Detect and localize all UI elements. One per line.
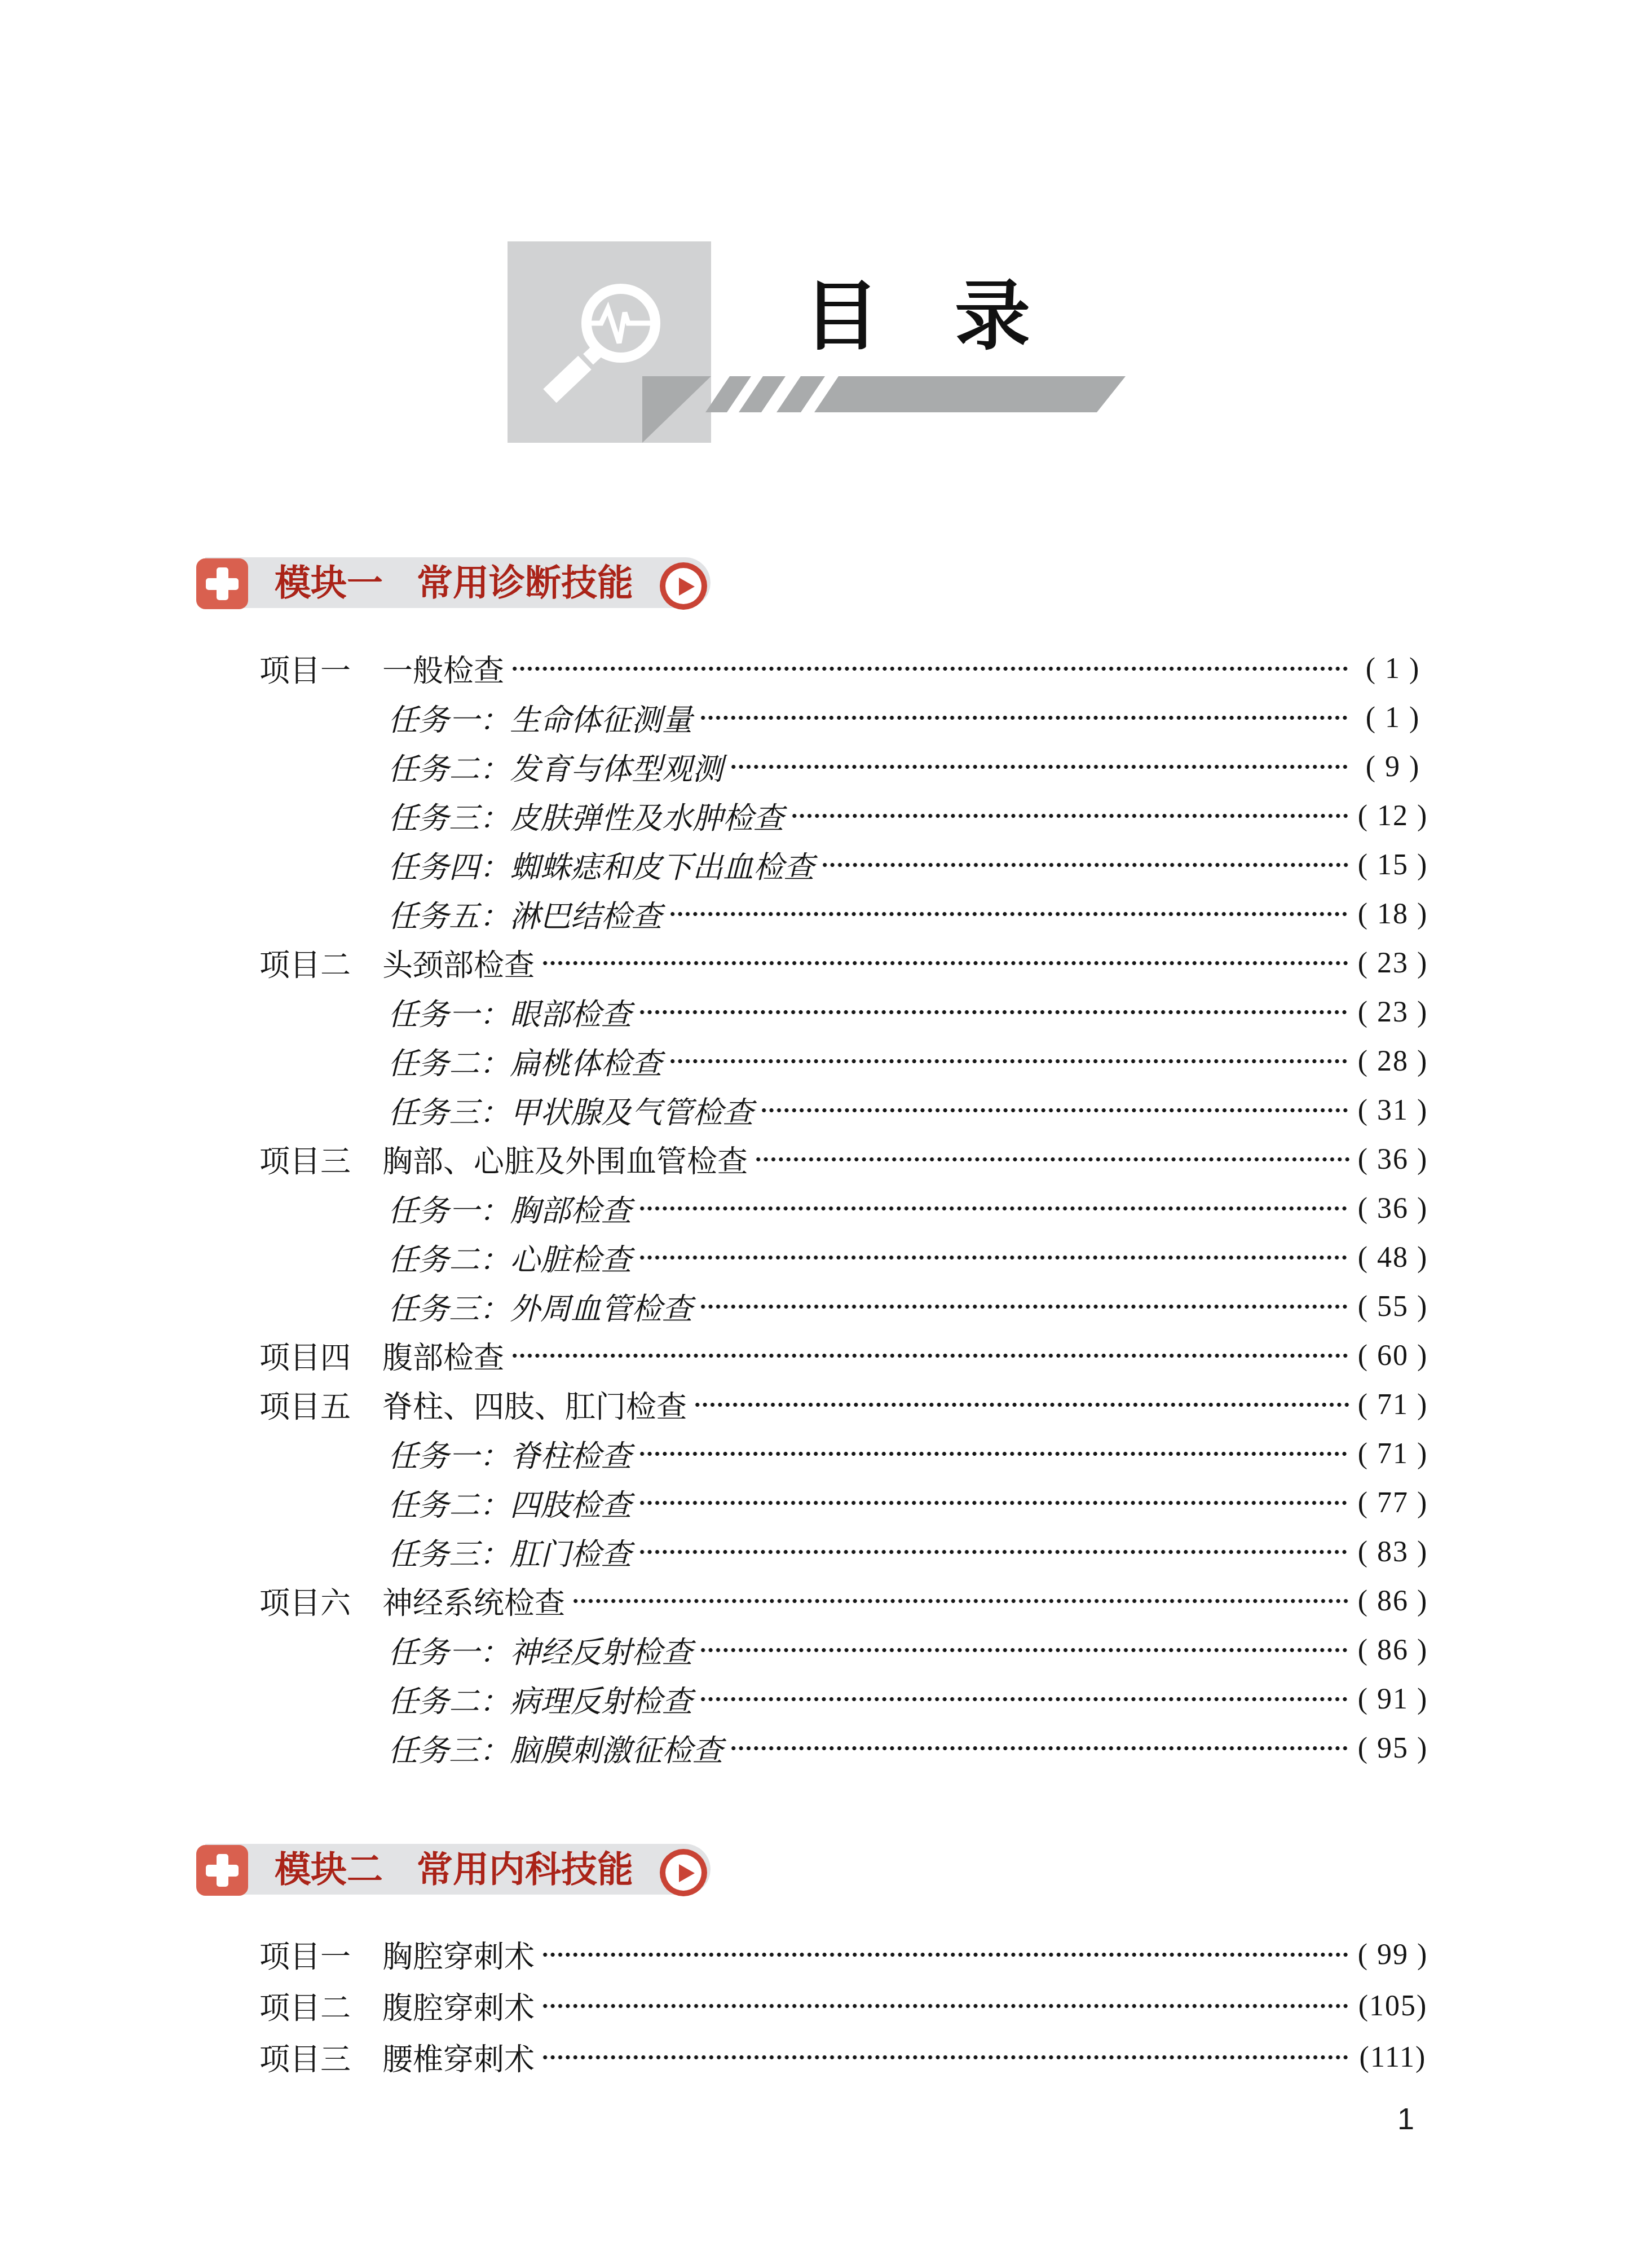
entry-label: 任务一： [388,990,510,1034]
module-header-2: 模块二常用内科技能 [196,1844,711,1895]
dot-leader [638,1233,1349,1282]
dot-leader [511,1331,1349,1380]
play-icon [660,1849,707,1896]
dot-leader [699,693,1349,742]
entry-page: ( 23 ) [1357,996,1428,1029]
entry-label: 任务三： [388,1530,510,1574]
toc-entry: 任务二： 病理反射检查 ( 91 ) [0,1675,1628,1724]
entry-label: 任务三： [388,794,510,838]
dot-leader [791,791,1349,840]
module-heading-label: 模块二 [275,1849,383,1890]
entry-label: 项目二 [259,1984,351,2028]
entry-page: ( 48 ) [1357,1241,1428,1274]
entry-title: 病理反射检查 [510,1677,692,1721]
entry-page: ( 28 ) [1357,1045,1428,1078]
dot-leader [541,2032,1349,2083]
page-folio: 1 [1388,2102,1423,2137]
dot-leader [755,1135,1349,1184]
entry-page: (105) [1357,1989,1428,2023]
dot-leader [760,1086,1349,1135]
entry-label: 项目二 [259,941,351,985]
entry-title: 发育与体型观测 [510,745,723,789]
module-heading: 模块二常用内科技能 [275,1844,633,1895]
toc-entry: 任务一： 眼部检查 ( 23 ) [0,988,1628,1037]
entry-page: ( 86 ) [1357,1633,1428,1667]
toc-entry: 项目六 神经系统检查 ( 86 ) [0,1576,1628,1626]
toc-entry: 任务二： 四肢检查 ( 77 ) [0,1478,1628,1527]
entry-title: 腰椎穿刺术 [382,2036,535,2079]
entry-page: ( 36 ) [1357,1143,1428,1176]
dot-leader [694,1380,1349,1429]
dot-leader [638,1184,1349,1233]
dot-leader [669,889,1349,939]
dot-leader [699,1626,1349,1675]
dot-leader [541,1929,1349,1980]
entry-page: ( 86 ) [1357,1584,1428,1618]
toc-entry: 任务四： 蜘蛛痣和皮下出血检查 ( 15 ) [0,840,1628,889]
toc-entry: 任务三： 肛门检查 ( 83 ) [0,1527,1628,1576]
toc-entry: 任务一： 神经反射检查 ( 86 ) [0,1626,1628,1675]
toc-entry: 项目三 腰椎穿刺术 (111) [0,2032,1628,2083]
toc-list-module-1: 项目一 一般检查 ( 1 ) 任务一： 生命体征测量 ( 1 ) 任务二： 发育… [0,644,1628,1773]
toc-entry: 项目二 头颈部检查 ( 23 ) [0,939,1628,988]
toc-entry: 项目一 一般检查 ( 1 ) [0,644,1628,693]
entry-label: 项目四 [259,1334,351,1377]
entry-label: 任务三： [388,1089,510,1132]
entry-label: 任务一： [388,1432,510,1476]
entry-title: 扁桃体检查 [510,1040,662,1083]
dot-leader [572,1576,1349,1626]
entry-label: 任务二： [388,1677,510,1721]
entry-page: ( 23 ) [1357,946,1428,980]
entry-page: ( 95 ) [1357,1732,1428,1765]
entry-title: 眼部检查 [510,990,632,1034]
toc-entry: 任务三： 外周血管检查 ( 55 ) [0,1282,1628,1331]
module-heading-title: 常用内科技能 [417,1849,633,1890]
toc-list-module-2: 项目一 胸腔穿刺术 ( 99 ) 项目二 腹腔穿刺术 (105) 项目三 腰椎穿… [0,1929,1628,2083]
entry-label: 项目三 [259,1138,351,1181]
entry-label: 任务二： [388,745,510,789]
entry-title: 神经反射检查 [510,1628,692,1672]
entry-label: 项目六 [259,1579,351,1623]
entry-page: ( 1 ) [1357,652,1428,685]
dot-leader [541,1980,1349,2032]
entry-label: 任务一： [388,1628,510,1672]
toc-entry: 项目五 脊柱、四肢、肛门检查 ( 71 ) [0,1380,1628,1429]
entry-title: 心脏检查 [510,1236,632,1279]
entry-title: 淋巴结检查 [510,892,662,936]
toc-entry: 项目二 腹腔穿刺术 (105) [0,1980,1628,2032]
entry-page: ( 71 ) [1357,1437,1428,1470]
toc-entry: 任务二： 发育与体型观测 ( 9 ) [0,742,1628,791]
entry-page: ( 91 ) [1357,1683,1428,1716]
entry-title: 肛门检查 [510,1530,632,1574]
entry-page: ( 36 ) [1357,1192,1428,1225]
dot-leader [638,1429,1349,1478]
entry-title: 外周血管检查 [510,1285,692,1328]
entry-title: 脊柱检查 [510,1432,632,1476]
entry-title: 胸腔穿刺术 [382,1933,535,1976]
entry-page: ( 99 ) [1357,1938,1428,1971]
module-heading-label: 模块一 [275,563,383,603]
entry-label: 项目一 [259,647,351,690]
entry-label: 项目一 [259,1933,351,1976]
entry-page: ( 77 ) [1357,1486,1428,1520]
entry-title: 腹腔穿刺术 [382,1984,535,2028]
entry-page: ( 31 ) [1357,1094,1428,1127]
dot-leader [638,1527,1349,1576]
entry-page: ( 83 ) [1357,1535,1428,1569]
entry-label: 任务一： [388,1187,510,1230]
entry-page: (111) [1357,2041,1428,2074]
toc-entry: 任务一： 生命体征测量 ( 1 ) [0,693,1628,742]
entry-title: 腹部检查 [382,1334,504,1377]
module-heading: 模块一常用诊断技能 [275,557,633,608]
entry-page: ( 18 ) [1357,897,1428,931]
dot-leader [821,840,1349,889]
entry-page: ( 1 ) [1357,701,1428,734]
dot-leader [638,1478,1349,1527]
dot-leader [699,1675,1349,1724]
dot-leader [541,939,1349,988]
toc-entry: 任务五： 淋巴结检查 ( 18 ) [0,889,1628,939]
entry-page: ( 60 ) [1357,1339,1428,1372]
entry-label: 任务二： [388,1481,510,1525]
entry-title: 胸部、心脏及外围血管检查 [382,1138,748,1181]
dot-leader [511,644,1349,693]
entry-page: ( 71 ) [1357,1388,1428,1421]
entry-label: 任务二： [388,1236,510,1279]
toc-entry: 项目四 腹部检查 ( 60 ) [0,1331,1628,1380]
entry-label: 任务五： [388,892,510,936]
plus-cross-icon [196,1845,248,1896]
dot-leader [730,742,1349,791]
dot-leader [638,988,1349,1037]
plus-cross-icon [196,558,248,609]
entry-label: 任务一： [388,696,510,739]
entry-label: 任务四： [388,843,510,887]
entry-label: 项目五 [259,1383,351,1426]
toc-entry: 任务二： 扁桃体检查 ( 28 ) [0,1037,1628,1086]
entry-label: 任务三： [388,1285,510,1328]
toc-entry: 项目一 胸腔穿刺术 ( 99 ) [0,1929,1628,1980]
entry-page: ( 15 ) [1357,848,1428,882]
module-heading-title: 常用诊断技能 [417,563,633,603]
toc-entry: 任务三： 甲状腺及气管检查 ( 31 ) [0,1086,1628,1135]
module-header-1: 模块一常用诊断技能 [196,557,711,608]
entry-label: 任务三： [388,1727,510,1770]
entry-label: 任务二： [388,1040,510,1083]
play-icon [660,562,707,610]
toc-entry: 任务二： 心脏检查 ( 48 ) [0,1233,1628,1282]
entry-title: 甲状腺及气管检查 [510,1089,753,1132]
entry-title: 皮肤弹性及水肿检查 [510,794,784,838]
entry-title: 脊柱、四肢、肛门检查 [382,1383,687,1426]
entry-title: 一般检查 [382,647,504,690]
dot-leader [669,1037,1349,1086]
entry-title: 神经系统检查 [382,1579,565,1623]
entry-label: 项目三 [259,2036,351,2079]
entry-title: 胸部检查 [510,1187,632,1230]
toc-entry: 任务三： 皮肤弹性及水肿检查 ( 12 ) [0,791,1628,840]
dot-leader [699,1282,1349,1331]
page-title: 目 录 [804,278,1030,356]
entry-title: 头颈部检查 [382,941,535,985]
toc-entry: 任务三： 脑膜刺激征检查 ( 95 ) [0,1724,1628,1773]
entry-page: ( 55 ) [1357,1290,1428,1323]
entry-title: 四肢检查 [510,1481,632,1525]
banner-decoration [637,372,1133,451]
toc-entry: 任务一： 脊柱检查 ( 71 ) [0,1429,1628,1478]
entry-page: ( 12 ) [1357,799,1428,833]
dot-leader [730,1724,1349,1773]
toc-entry: 项目三 胸部、心脏及外围血管检查 ( 36 ) [0,1135,1628,1184]
toc-entry: 任务一： 胸部检查 ( 36 ) [0,1184,1628,1233]
entry-title: 脑膜刺激征检查 [510,1727,723,1770]
entry-title: 蜘蛛痣和皮下出血检查 [510,843,814,887]
entry-page: ( 9 ) [1357,750,1428,783]
entry-title: 生命体征测量 [510,696,692,739]
